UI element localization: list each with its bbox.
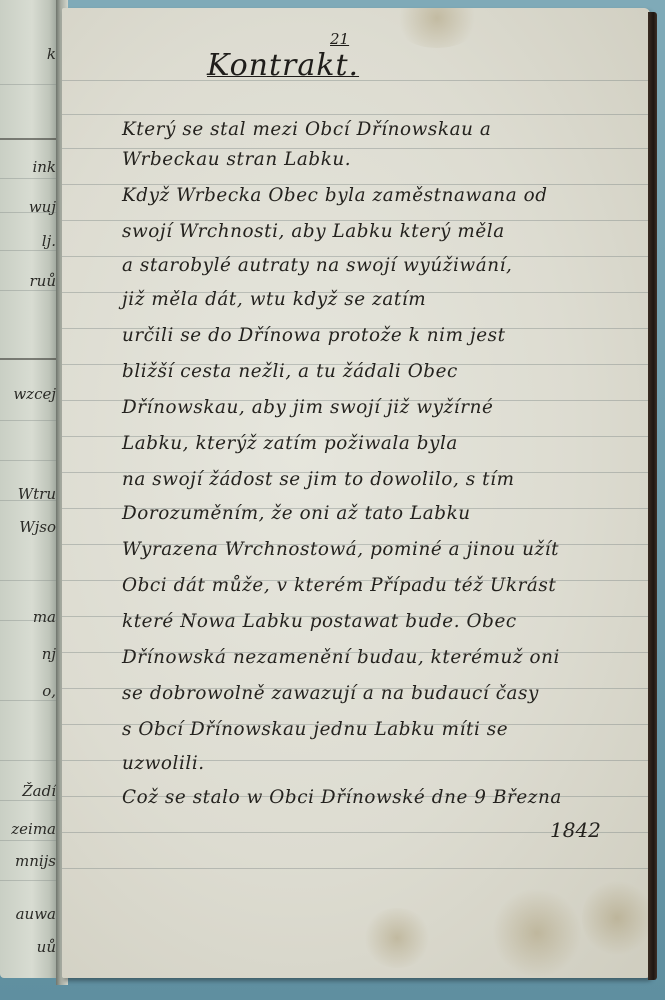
text-line: Dřínowskau, aby jim swojí již wyžírné	[122, 396, 622, 418]
previous-page-edge: k ink wuj lj. ruů wzcej Wtru Wjso ma nj …	[0, 0, 58, 978]
text-line: které Nowa Labku postawat bude. Obec	[122, 610, 622, 632]
text-line: Wrbeckau stran Labku.	[122, 148, 622, 170]
text-line: Labku, kterýž zatím požiwala byla	[122, 432, 622, 454]
left-fragment: auwa	[0, 905, 56, 923]
left-fragment: mnijs	[0, 852, 56, 870]
text-line: bližší cesta nežli, a tu žádali Obec	[122, 360, 622, 382]
text-line: Který se stal mezi Obcí Dřínowskau a	[122, 118, 622, 140]
left-fragment: ink	[0, 158, 56, 176]
document-year: 1842	[550, 818, 601, 842]
text-line: již měla dát, wtu když se zatím	[122, 288, 622, 310]
left-fragment: wzcej	[0, 385, 56, 403]
text-line: Dřínowská nezamenění budau, kterémuž oni	[122, 646, 622, 668]
left-fragment: zeima	[0, 820, 56, 838]
text-line: a starobylé autraty na swojí wyúžiwání,	[122, 254, 622, 276]
left-fragment: ma	[0, 608, 56, 626]
left-fragment: Wtru	[0, 485, 56, 503]
text-line: swojí Wrchnosti, aby Labku který měla	[122, 220, 622, 242]
text-line: Což se stalo w Obci Dřínowské dne 9 Břez…	[122, 786, 622, 808]
text-line: určili se do Dřínowa protože k nim jest	[122, 324, 622, 346]
text-line: na swojí žádost se jim to dowolilo, s tí…	[122, 468, 622, 490]
left-fragment: o,	[0, 682, 56, 700]
text-line: Obci dát může, v kterém Případu též Ukrá…	[122, 574, 622, 596]
left-fragment: lj.	[0, 232, 56, 250]
paper-stain	[392, 8, 482, 48]
left-fragment: k	[0, 45, 56, 63]
document-heading: Kontrakt.	[207, 48, 359, 83]
text-line: se dobrowolně zawazují a na budaucí časy	[122, 682, 622, 704]
text-line: Když Wrbecka Obec byla zaměstnawana od	[122, 184, 622, 206]
text-line: Wyrazena Wrchnostowá, pominé a jinou uží…	[122, 538, 622, 560]
page-number: 21	[330, 30, 349, 48]
left-fragment: ruů	[0, 272, 56, 290]
left-fragment: uů	[0, 938, 56, 956]
text-line: uzwolili.	[122, 752, 622, 774]
text-line: Dorozuměním, že oni až tato Labku	[122, 502, 622, 524]
left-fragment: Žadí	[0, 782, 56, 800]
text-line: s Obcí Dřínowskau jednu Labku míti se	[122, 718, 622, 740]
left-fragment: wuj	[0, 198, 56, 216]
left-fragment: Wjso	[0, 518, 56, 536]
paper-stain	[492, 888, 582, 978]
paper-stain	[582, 878, 650, 958]
paper-stain	[362, 908, 432, 968]
manuscript-page: 21 Kontrakt. Který se stal mezi Obcí Dří…	[62, 8, 650, 978]
book-spine	[648, 12, 657, 980]
left-fragment: nj	[0, 645, 56, 663]
